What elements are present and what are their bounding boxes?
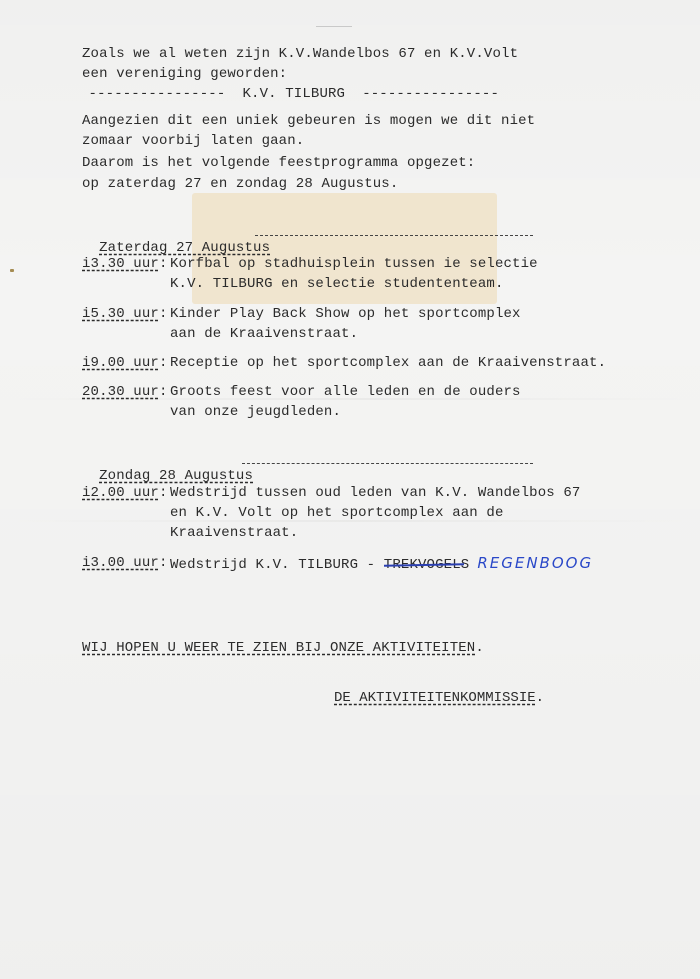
- heading-rule: [242, 463, 533, 464]
- signature: DE AKTIVITEITENKOMMISSIE.: [334, 688, 544, 708]
- heading-rule: [255, 235, 533, 236]
- intro-line: Aangezien dit een uniek gebeuren is moge…: [82, 111, 535, 131]
- event-time: i5.30 uur:: [82, 304, 168, 324]
- event-description: K.V. TILBURG en selectie studententeam.: [170, 274, 504, 294]
- event-time: i9.00 uur:: [82, 353, 168, 373]
- struck-opponent: TREKVOGELS: [384, 555, 470, 575]
- intro-line: op zaterdag 27 en zondag 28 Augustus.: [82, 174, 398, 194]
- handwritten-correction: REGENBOOG: [477, 554, 593, 572]
- intro-line: een vereniging geworden:: [82, 64, 287, 84]
- event-description: Groots feest voor alle leden en de ouder…: [170, 382, 521, 402]
- pencil-mark: [316, 26, 352, 27]
- day-heading: Zaterdag 27 Augustus: [82, 218, 270, 258]
- event-description: Wedstrijd tussen oud leden van K.V. Wand…: [170, 483, 580, 503]
- stain-spot: [10, 269, 14, 272]
- closing-message: WIJ HOPEN U WEER TE ZIEN BIJ ONZE AKTIVI…: [82, 638, 484, 658]
- event-time: i3.00 uur:: [82, 553, 168, 573]
- intro-line: Zoals we al weten zijn K.V.Wandelbos 67 …: [82, 44, 518, 64]
- event-description: Receptie op het sportcomplex aan de Kraa…: [170, 353, 606, 373]
- event-description: Kinder Play Back Show op het sportcomple…: [170, 304, 521, 324]
- event-description: Kraaivenstraat.: [170, 523, 298, 543]
- intro-line: Daarom is het volgende feestprogramma op…: [82, 153, 475, 173]
- day-heading: Zondag 28 Augustus: [82, 446, 253, 486]
- event-description: van onze jeugdleden.: [170, 402, 341, 422]
- event-description: Korfbal op stadhuisplein tussen ie selec…: [170, 254, 538, 274]
- club-name-banner: ---------------- K.V. TILBURG ----------…: [80, 84, 499, 104]
- event-time: i2.00 uur:: [82, 483, 168, 503]
- event-description: aan de Kraaivenstraat.: [170, 324, 358, 344]
- event-description: en K.V. Volt op het sportcomplex aan de: [170, 503, 504, 523]
- event-time: i3.30 uur:: [82, 254, 168, 274]
- event-time: 20.30 uur:: [82, 382, 168, 402]
- event-description: Wedstrijd K.V. TILBURG - TREKVOGELSREGEN…: [170, 553, 593, 575]
- intro-line: zomaar voorbij laten gaan.: [82, 131, 304, 151]
